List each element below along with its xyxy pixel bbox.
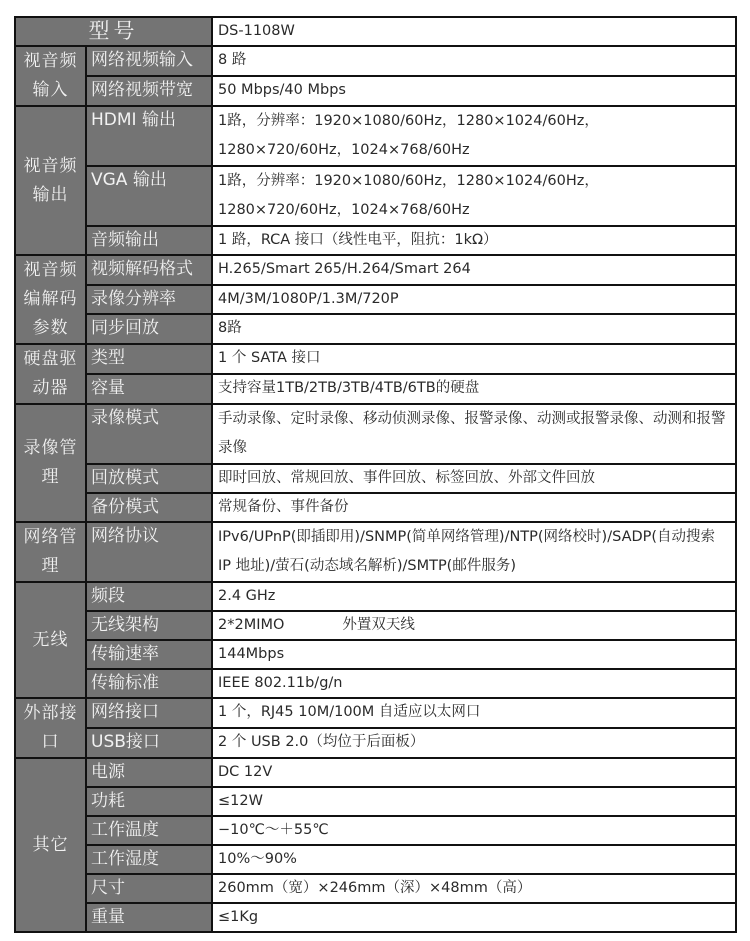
model-value: DS-1108W xyxy=(212,17,736,46)
table-row: 硬盘驱动器 类型 1 个 SATA 接口 xyxy=(15,344,736,374)
category-av-output: 视音频输出 xyxy=(15,106,86,255)
row-label: HDMI 输出 xyxy=(86,106,212,166)
row-label: 工作湿度 xyxy=(86,845,212,874)
table-row: 视音频编解码参数 视频解码格式 H.265/Smart 265/H.264/Sm… xyxy=(15,255,736,285)
table-row: 视音频输出 HDMI 输出 1路，分辨率：1920×1080/60Hz，1280… xyxy=(15,106,736,166)
row-label: 备份模式 xyxy=(86,493,212,522)
table-row: 工作湿度 10%～90% xyxy=(15,845,736,874)
row-value: 260mm（宽）×246mm（深）×48mm（高） xyxy=(212,874,736,903)
row-value: 1路，分辨率：1920×1080/60Hz，1280×1024/60Hz，128… xyxy=(212,166,736,226)
row-label: 容量 xyxy=(86,374,212,404)
table-row: 容量 支持容量1TB/2TB/3TB/4TB/6TB的硬盘 xyxy=(15,374,736,404)
table-row: 视音频输入 网络视频输入 8 路 xyxy=(15,46,736,76)
row-value: 1路，分辨率：1920×1080/60Hz，1280×1024/60Hz，128… xyxy=(212,106,736,166)
table-row: 尺寸 260mm（宽）×246mm（深）×48mm（高） xyxy=(15,874,736,903)
row-value: ≤1Kg xyxy=(212,903,736,932)
row-label: 传输标准 xyxy=(86,669,212,698)
row-label: 回放模式 xyxy=(86,464,212,493)
row-value: 常规备份、事件备份 xyxy=(212,493,736,522)
table-row: 网络视频带宽 50 Mbps/40 Mbps xyxy=(15,76,736,106)
row-label: 工作温度 xyxy=(86,816,212,845)
category-codec: 视音频编解码参数 xyxy=(15,255,86,344)
table-row: 网络管理 网络协议 IPv6/UPnP(即插即用)/SNMP(简单网络管理)/N… xyxy=(15,522,736,582)
row-value: 1 路，RCA 接口（线性电平，阻抗：1kΩ） xyxy=(212,226,736,255)
row-value: IEEE 802.11b/g/n xyxy=(212,669,736,698)
table-row: 录像管理 录像模式 手动录像、定时录像、移动侦测录像、报警录像、动测或报警录像、… xyxy=(15,404,736,464)
row-label: 录像分辨率 xyxy=(86,285,212,315)
row-label: 录像模式 xyxy=(86,404,212,464)
table-row: 同步回放 8路 xyxy=(15,314,736,344)
row-label: 视频解码格式 xyxy=(86,255,212,285)
table-row: 无线 频段 2.4 GHz xyxy=(15,582,736,611)
row-value: 1 个，RJ45 10M/100M 自适应以太网口 xyxy=(212,698,736,728)
row-value: IPv6/UPnP(即插即用)/SNMP(简单网络管理)/NTP(网络校时)/S… xyxy=(212,522,736,582)
row-value: 4M/3M/1080P/1.3M/720P xyxy=(212,285,736,315)
table-row: 工作温度 −10℃～＋55℃ xyxy=(15,816,736,845)
table-row: 功耗 ≤12W xyxy=(15,787,736,816)
category-network: 网络管理 xyxy=(15,522,86,582)
table-row: 备份模式 常规备份、事件备份 xyxy=(15,493,736,522)
row-label: 网络协议 xyxy=(86,522,212,582)
row-value: −10℃～＋55℃ xyxy=(212,816,736,845)
row-label: VGA 输出 xyxy=(86,166,212,226)
table-row: 无线架构 2*2MIMO 外置双天线 xyxy=(15,611,736,640)
row-value: 50 Mbps/40 Mbps xyxy=(212,76,736,106)
category-external: 外部接口 xyxy=(15,698,86,758)
spec-table: 型号 DS-1108W 视音频输入 网络视频输入 8 路 网络视频带宽 50 M… xyxy=(14,16,737,933)
row-label: 电源 xyxy=(86,758,212,787)
row-value: 2.4 GHz xyxy=(212,582,736,611)
table-row: 音频输出 1 路，RCA 接口（线性电平，阻抗：1kΩ） xyxy=(15,226,736,255)
row-value: ≤12W xyxy=(212,787,736,816)
table-row-model: 型号 DS-1108W xyxy=(15,17,736,46)
table-row: 外部接口 网络接口 1 个，RJ45 10M/100M 自适应以太网口 xyxy=(15,698,736,728)
table-row: 录像分辨率 4M/3M/1080P/1.3M/720P xyxy=(15,285,736,315)
table-row: 重量 ≤1Kg xyxy=(15,903,736,932)
table-row: 回放模式 即时回放、常规回放、事件回放、标签回放、外部文件回放 xyxy=(15,464,736,493)
row-value: 8 路 xyxy=(212,46,736,76)
table-row: VGA 输出 1路，分辨率：1920×1080/60Hz，1280×1024/6… xyxy=(15,166,736,226)
row-label: 音频输出 xyxy=(86,226,212,255)
row-label: 同步回放 xyxy=(86,314,212,344)
category-wireless: 无线 xyxy=(15,582,86,698)
row-label: 无线架构 xyxy=(86,611,212,640)
row-label: 网络视频输入 xyxy=(86,46,212,76)
row-value: 144Mbps xyxy=(212,640,736,669)
row-value: 2 个 USB 2.0（均位于后面板） xyxy=(212,728,736,758)
row-label: 网络视频带宽 xyxy=(86,76,212,106)
row-label: 频段 xyxy=(86,582,212,611)
category-av-input: 视音频输入 xyxy=(15,46,86,106)
row-value: 手动录像、定时录像、移动侦测录像、报警录像、动测或报警录像、动测和报警录像 xyxy=(212,404,736,464)
table-row: 其它 电源 DC 12V xyxy=(15,758,736,787)
category-recording: 录像管理 xyxy=(15,404,86,522)
category-other: 其它 xyxy=(15,758,86,932)
category-hdd: 硬盘驱动器 xyxy=(15,344,86,404)
row-label: 尺寸 xyxy=(86,874,212,903)
table-row: USB接口 2 个 USB 2.0（均位于后面板） xyxy=(15,728,736,758)
row-value: DC 12V xyxy=(212,758,736,787)
row-label: 传输速率 xyxy=(86,640,212,669)
row-value: 2*2MIMO 外置双天线 xyxy=(212,611,736,640)
row-value: 1 个 SATA 接口 xyxy=(212,344,736,374)
table-row: 传输速率 144Mbps xyxy=(15,640,736,669)
row-value: 支持容量1TB/2TB/3TB/4TB/6TB的硬盘 xyxy=(212,374,736,404)
row-value: 8路 xyxy=(212,314,736,344)
row-value: 10%～90% xyxy=(212,845,736,874)
row-label: 网络接口 xyxy=(86,698,212,728)
table-row: 传输标准 IEEE 802.11b/g/n xyxy=(15,669,736,698)
row-value: H.265/Smart 265/H.264/Smart 264 xyxy=(212,255,736,285)
row-label: 重量 xyxy=(86,903,212,932)
row-value: 即时回放、常规回放、事件回放、标签回放、外部文件回放 xyxy=(212,464,736,493)
row-label: 功耗 xyxy=(86,787,212,816)
row-label: 类型 xyxy=(86,344,212,374)
model-label: 型号 xyxy=(15,17,212,46)
row-label: USB接口 xyxy=(86,728,212,758)
